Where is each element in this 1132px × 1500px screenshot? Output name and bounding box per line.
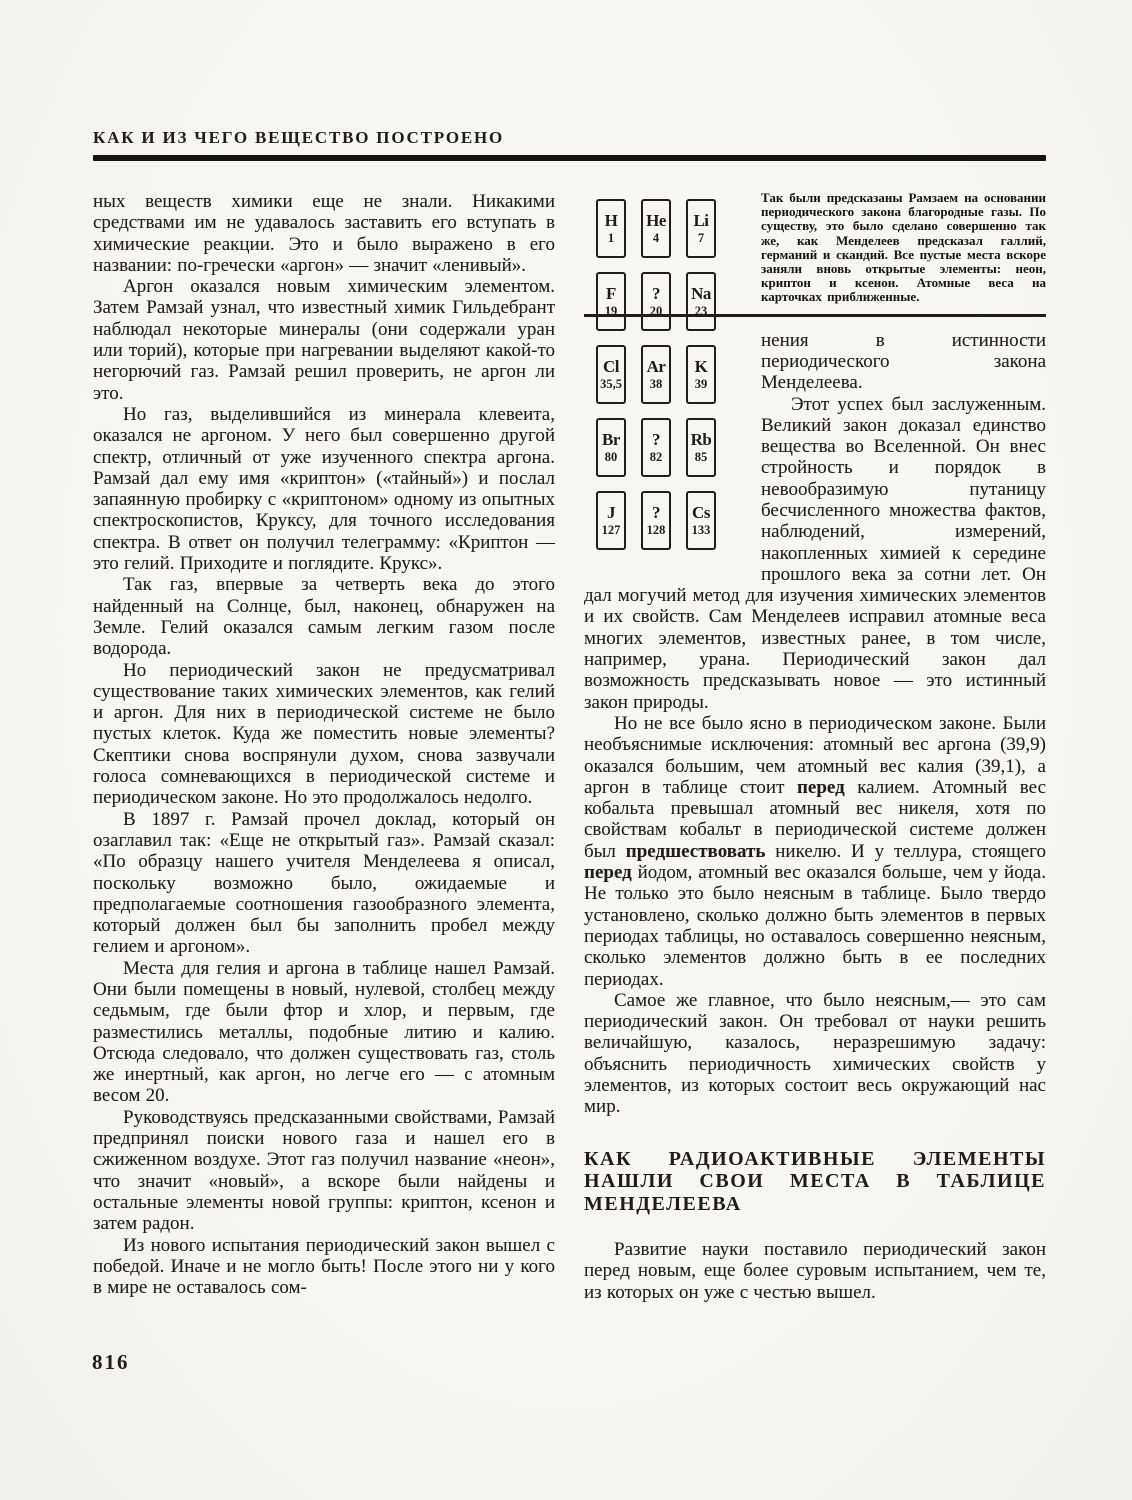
paragraph: Самое же главное, что было неясным,— это… xyxy=(584,990,1046,1118)
text-run: никелю. И у теллура, стоящего xyxy=(765,841,1046,862)
header-rule xyxy=(93,155,1046,161)
element-card-?: ?128 xyxy=(641,491,671,550)
section-heading-line: НАШЛИ СВОИ МЕСТА В ТАБЛИЦЕ xyxy=(584,1170,1046,1193)
running-head: КАК И ИЗ ЧЕГО ВЕЩЕСТВО ПОСТРОЕНО xyxy=(93,128,1046,148)
text-columns: ных веществ химики еще не знали. Никаким… xyxy=(93,191,1046,1303)
element-symbol: Rb xyxy=(691,431,712,448)
paragraph: Аргон оказался новым химическим элементо… xyxy=(93,276,555,404)
paragraph: Так газ, впервые за четверть века до это… xyxy=(93,574,555,659)
text-run: В 1897 г. Рамзай прочел доклад, который … xyxy=(93,809,555,958)
text-run: йодом, атомный вес оказался больше, чем … xyxy=(584,862,1046,989)
atomic-weight: 35,5 xyxy=(600,378,622,391)
section-heading-line: МЕНДЕЛЕЕВА xyxy=(584,1193,1046,1216)
text-run: Так газ, впервые за четверть века до это… xyxy=(93,574,555,659)
element-card-He: He4 xyxy=(641,199,671,258)
atomic-weight: 39 xyxy=(695,378,708,391)
element-card-?: ?82 xyxy=(641,418,671,477)
element-card-Ar: Ar38 xyxy=(641,345,671,404)
atomic-weight: 128 xyxy=(647,524,666,537)
section-heading: КАК РАДИОАКТИВНЫЕ ЭЛЕМЕНТЫНАШЛИ СВОИ МЕС… xyxy=(584,1148,1046,1216)
paragraph: В 1897 г. Рамзай прочел доклад, который … xyxy=(93,809,555,958)
text-run: Но газ, выделившийся из минерала клевеит… xyxy=(93,404,555,574)
element-symbol: Cl xyxy=(603,358,619,375)
paragraph: Но не все было ясно в периодическом зако… xyxy=(584,713,1046,990)
atomic-weight: 23 xyxy=(695,305,708,318)
atomic-weight: 1 xyxy=(608,232,614,245)
atomic-weight: 133 xyxy=(692,524,711,537)
element-symbol: H xyxy=(605,212,618,229)
element-symbol: ? xyxy=(652,285,660,302)
atomic-weight: 38 xyxy=(650,378,663,391)
element-card-Cs: Cs133 xyxy=(686,491,716,550)
element-symbol: Na xyxy=(691,285,711,302)
text-run: Руководствуясь предсказанными свойствами… xyxy=(93,1107,555,1234)
element-card-H: H1 xyxy=(596,199,626,258)
element-card-Li: Li7 xyxy=(686,199,716,258)
atomic-weight: 19 xyxy=(605,305,618,318)
paragraph: Развитие науки поставило периодический з… xyxy=(584,1239,1046,1303)
element-symbol: ? xyxy=(652,431,660,448)
bold-text-run: перед xyxy=(797,777,845,798)
element-symbol: F xyxy=(606,285,616,302)
atomic-weight: 20 xyxy=(650,305,663,318)
atomic-weight: 85 xyxy=(695,451,708,464)
paragraph: Но газ, выделившийся из минерала клевеит… xyxy=(93,404,555,574)
element-card-Cl: Cl35,5 xyxy=(596,345,626,404)
text-run: Но периодический закон не предусматривал… xyxy=(93,660,555,809)
element-symbol: J xyxy=(607,504,615,521)
paragraph: Места для гелия и аргона в таблице нашел… xyxy=(93,958,555,1107)
element-symbol: He xyxy=(646,212,666,229)
element-symbol: K xyxy=(695,358,708,375)
text-run: ных веществ химики еще не знали. Никаким… xyxy=(93,191,555,276)
section-heading-line: КАК РАДИОАКТИВНЫЕ ЭЛЕМЕНТЫ xyxy=(584,1148,1046,1171)
element-symbol: Li xyxy=(693,212,708,229)
left-column-paragraphs: ных веществ химики еще не знали. Никаким… xyxy=(93,191,555,1298)
text-run: Самое же главное, что было неясным,— это… xyxy=(584,990,1046,1117)
section-paragraphs: Развитие науки поставило периодический з… xyxy=(584,1239,1046,1303)
page-header: КАК И ИЗ ЧЕГО ВЕЩЕСТВО ПОСТРОЕНО xyxy=(93,128,1046,161)
element-symbol: Br xyxy=(602,431,620,448)
paragraph: ных веществ химики еще не знали. Никаким… xyxy=(93,191,555,276)
atomic-weight: 127 xyxy=(602,524,621,537)
text-run: Развитие науки поставило периодический з… xyxy=(584,1239,1046,1303)
atomic-weight: 80 xyxy=(605,451,618,464)
left-column: ных веществ химики еще не знали. Никаким… xyxy=(93,191,555,1303)
element-cards-grid: H1He4Li7F19?20Na23Cl35,5Ar38K39Br80?82Rb… xyxy=(596,199,716,550)
paragraph: Руководствуясь предсказанными свойствами… xyxy=(93,1107,555,1235)
element-card-Br: Br80 xyxy=(596,418,626,477)
page-number: 816 xyxy=(92,1350,130,1375)
element-card-F: F19 xyxy=(596,272,626,331)
text-run: Места для гелия и аргона в таблице нашел… xyxy=(93,958,555,1107)
element-card-?: ?20 xyxy=(641,272,671,331)
book-page: КАК И ИЗ ЧЕГО ВЕЩЕСТВО ПОСТРОЕНО ных вещ… xyxy=(0,0,1132,1500)
text-run: нения в истинности периодического закона… xyxy=(761,330,1046,394)
element-symbol: Ar xyxy=(647,358,666,375)
right-column: H1He4Li7F19?20Na23Cl35,5Ar38K39Br80?82Rb… xyxy=(584,191,1046,1303)
periodic-cards-figure: H1He4Li7F19?20Na23Cl35,5Ar38K39Br80?82Rb… xyxy=(584,199,716,550)
bold-text-run: предшествовать xyxy=(626,841,766,862)
element-card-Rb: Rb85 xyxy=(686,418,716,477)
atomic-weight: 7 xyxy=(698,232,704,245)
element-card-Na: Na23 xyxy=(686,272,716,331)
element-card-K: K39 xyxy=(686,345,716,404)
page-content: КАК И ИЗ ЧЕГО ВЕЩЕСТВО ПОСТРОЕНО ных вещ… xyxy=(93,128,1046,1303)
element-symbol: Cs xyxy=(692,504,710,521)
element-card-J: J127 xyxy=(596,491,626,550)
atomic-weight: 4 xyxy=(653,232,659,245)
bold-text-run: перед xyxy=(584,862,632,883)
atomic-weight: 82 xyxy=(650,451,663,464)
element-symbol: ? xyxy=(652,504,660,521)
text-run: Из нового испытания периодический закон … xyxy=(93,1235,555,1299)
text-run: Аргон оказался новым химическим элементо… xyxy=(93,276,555,403)
paragraph: Но периодический закон не предусматривал… xyxy=(93,660,555,809)
paragraph: Из нового испытания периодический закон … xyxy=(93,1235,555,1299)
